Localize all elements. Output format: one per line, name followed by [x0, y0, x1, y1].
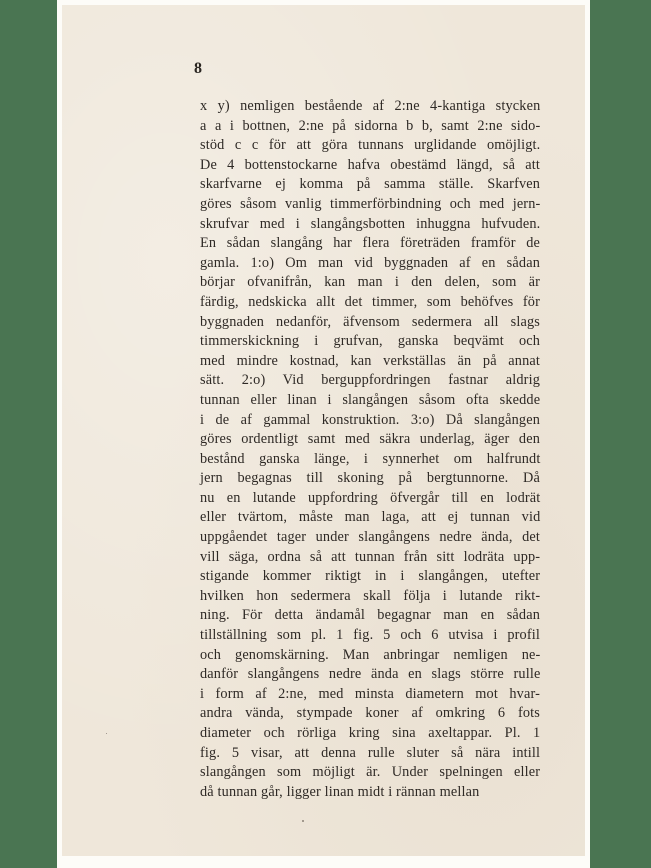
text-line: i form af 2:ne, med minsta diametern mot… [200, 685, 540, 705]
text-line: timmerskickning i grufvan, ganska beqväm… [200, 332, 540, 352]
text-line: fig. 5 visar, att denna rulle sluter så … [200, 744, 540, 764]
paper-speck [106, 733, 107, 734]
text-line: och genomskärning. Man anbringar nemlige… [200, 646, 540, 666]
text-line: börjar ofvanifrån, kan man i den delen, … [200, 273, 540, 293]
text-line: a a i bottnen, 2:ne på sidorna b b, samt… [200, 117, 540, 137]
text-line: En sådan slangång har flera företräden f… [200, 234, 540, 254]
text-line: x y) nemligen bestående af 2:ne 4-kantig… [200, 97, 540, 117]
text-line: färdig, nedskicka allt det timmer, som b… [200, 293, 540, 313]
text-line: bestånd ganska länge, i synnerhet om hal… [200, 450, 540, 470]
body-text: x y) nemligen bestående af 2:ne 4-kantig… [200, 97, 540, 802]
text-line: hvilken hon sedermera skall följa i luta… [200, 587, 540, 607]
text-line: med mindre kostnad, kan verkställas än p… [200, 352, 540, 372]
text-line: slangången som möjligt är. Under spelnin… [200, 763, 540, 783]
text-line: göres ordentligt samt med säkra underlag… [200, 430, 540, 450]
text-line: uppgåendet tager under slangångens nedre… [200, 528, 540, 548]
text-line: gamla. 1:o) Om man vid byggnaden af en s… [200, 254, 540, 274]
text-line: tunnan eller linan i slangången såsom of… [200, 391, 540, 411]
text-line: danför slangångens nedre ända en slags s… [200, 665, 540, 685]
text-line: sätt. 2:o) Vid berguppfordringen fastnar… [200, 371, 540, 391]
text-line: stigande kommer riktigt in i slangången,… [200, 567, 540, 587]
text-line: De 4 bottenstockarne hafva obestämd läng… [200, 156, 540, 176]
text-line: tillställning som pl. 1 fig. 5 och 6 utv… [200, 626, 540, 646]
text-line: skarfvarne ej komma på samma ställe. Ska… [200, 175, 540, 195]
text-line: stöd c c för att göra tunnans urglidande… [200, 136, 540, 156]
text-line: diameter och rörliga kring sina axeltapp… [200, 724, 540, 744]
text-line: då tunnan går, ligger linan midt i ränna… [200, 783, 540, 803]
text-line: i de af gammal konstruktion. 3:o) Då sla… [200, 411, 540, 431]
text-line: vill säga, ordna så att tunnan från sitt… [200, 548, 540, 568]
text-line: skrufvar med i slangångsbotten inhuggna … [200, 215, 540, 235]
text-line: eller tvärtom, måste man laga, att ej tu… [200, 508, 540, 528]
text-line: nu en lutande uppfordring öfvergår till … [200, 489, 540, 509]
text-line: göres såsom vanlig timmerförbindning och… [200, 195, 540, 215]
text-line: andra vända, stympade koner af omkring 6… [200, 704, 540, 724]
text-line: jern begagnas till skoning på bergtunnor… [200, 469, 540, 489]
page-number: 8 [194, 60, 202, 78]
paper-speck [302, 820, 304, 822]
text-line: ning. För detta ändamål begagnar man en … [200, 606, 540, 626]
text-line: byggnaden nedanför, äfvensom sedermera a… [200, 313, 540, 333]
